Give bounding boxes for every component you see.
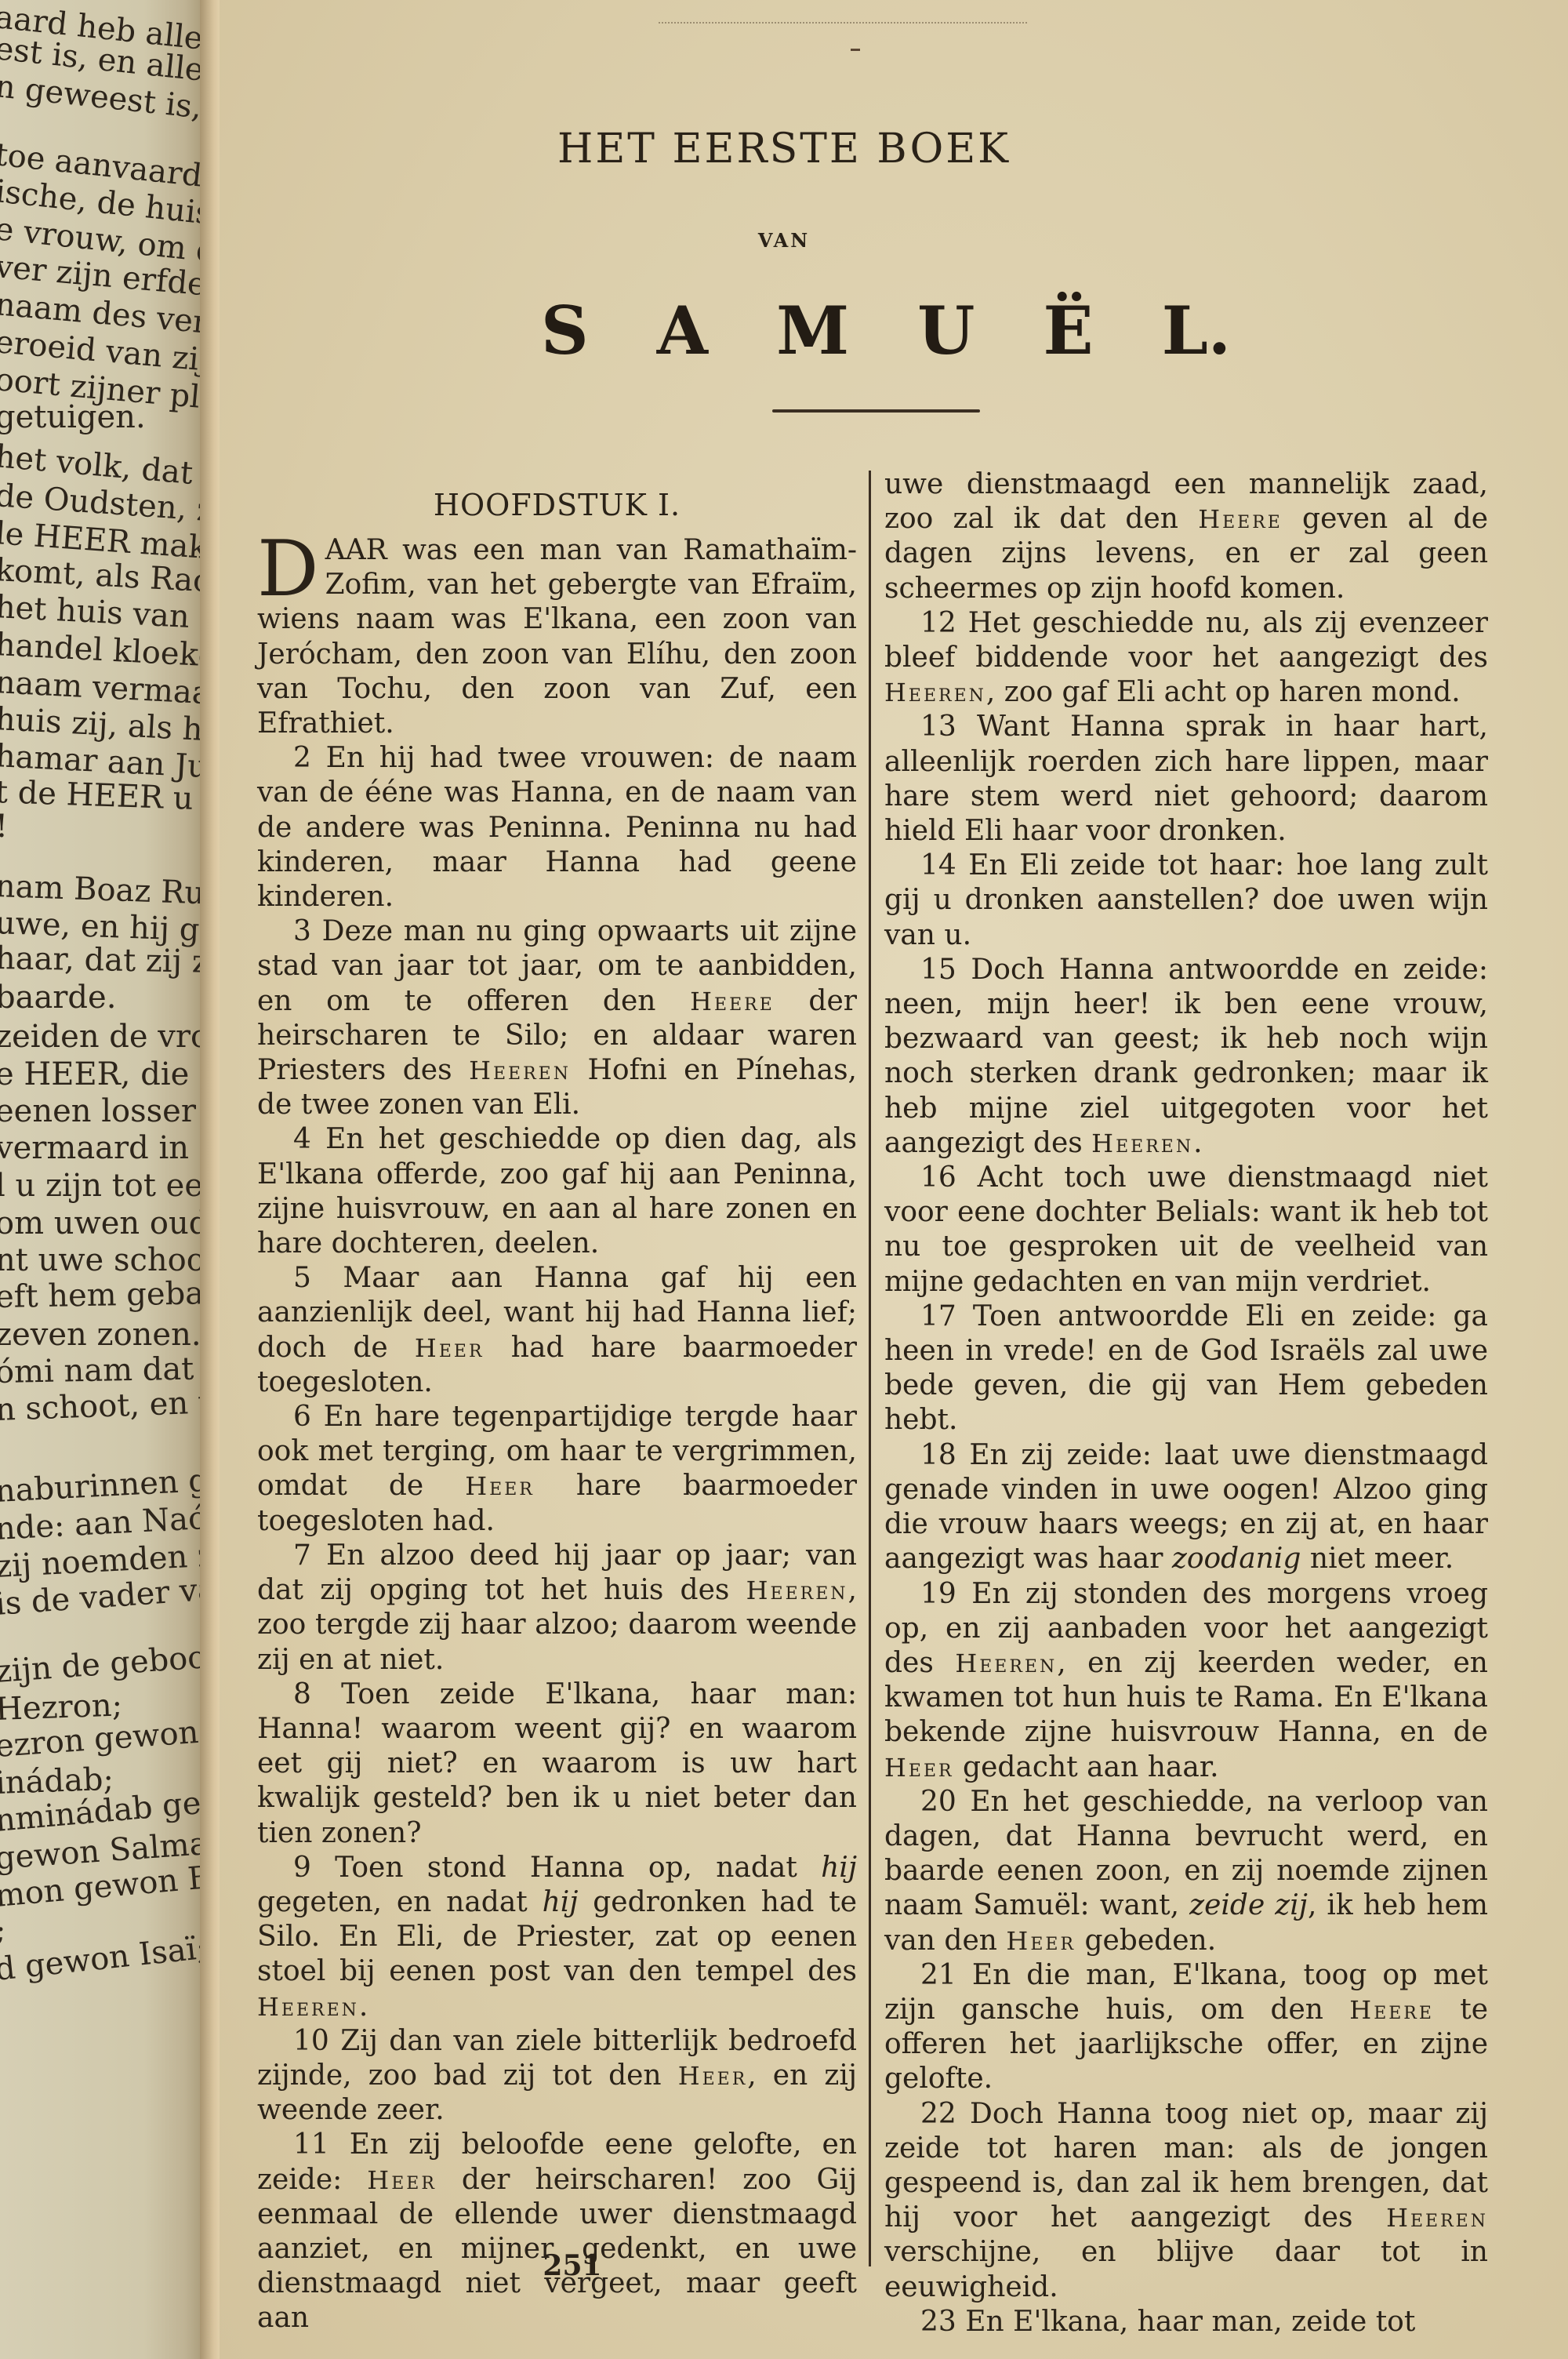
text-column-right: uwe dienstmaagd een mannelijk zaad, zoo … — [884, 467, 1488, 2339]
verse-number: 8 — [293, 1678, 341, 1710]
page-number: 251 — [0, 2249, 1145, 2282]
verse-text: . — [359, 1990, 368, 2023]
verse: 18 En zij zeide: laat uwe dienstmaagd ge… — [884, 1438, 1488, 1577]
facing-page-line: om uwen ouderdom te — [0, 1206, 205, 1241]
facing-page-line: getuigen. — [0, 400, 146, 434]
title-letter: M — [776, 292, 849, 369]
verse-number: 9 — [293, 1852, 335, 1884]
text-column-left: DAAR was een man van Ramathaïm-Zofim, va… — [257, 533, 857, 2336]
verse-text: . — [1193, 1127, 1202, 1159]
verse-number: 4 — [293, 1123, 325, 1155]
verse-number: 13 — [920, 711, 977, 743]
verse-number: 18 — [920, 1439, 969, 1471]
divine-name: Heere — [1198, 504, 1283, 534]
verse: 7 En alzoo deed hij jaar op jaar; van da… — [257, 1539, 857, 1677]
verse-number: 19 — [920, 1578, 971, 1610]
divine-name: Heer — [415, 1333, 485, 1363]
verse-text: , zoo gaf Eli acht op haren mond. — [986, 676, 1461, 708]
verse-number: 15 — [920, 954, 971, 986]
facing-page: aard heb alles, wat vaest is, en alles, … — [0, 0, 205, 2359]
verse: 4 En het geschiedde op dien dag, als E'l… — [257, 1122, 857, 1261]
verse: 11 En zij beloofde eene gelofte, en zeid… — [257, 2128, 857, 2335]
divine-name: Heer — [465, 1471, 535, 1501]
facing-page-line: ! — [0, 809, 8, 844]
divine-name: Heere — [690, 987, 775, 1016]
divine-name: Heeren — [746, 1576, 848, 1605]
verse-number: 5 — [293, 1262, 343, 1294]
facing-page-line: d gewon Isaï; en Isaï — [0, 1918, 205, 1987]
verse: 13 Want Hanna sprak in haar hart, alleen… — [884, 710, 1488, 849]
verse: 12 Het geschiedde nu, als zij evenzeer b… — [884, 606, 1488, 711]
facing-page-line: t de HEER u geven zal — [0, 775, 205, 822]
verse: 3 Deze man nu ging opwaarts uit zijne st… — [257, 914, 857, 1122]
verse: 10 Zij dan van ziele bitterlijk bedroefd… — [257, 2024, 857, 2128]
verse-number: 12 — [920, 607, 968, 639]
verse: 14 En Eli zeide tot haar: hoe lang zult … — [884, 849, 1488, 953]
facing-page-line: vermaard in Israël! — [0, 1131, 205, 1165]
title-letter: S — [541, 292, 589, 369]
verse-number: 3 — [293, 915, 322, 947]
verse-text: Het geschiedde nu, als zij evenzeer blee… — [884, 607, 1488, 674]
verse-text: En Eli zeide tot haar: hoe lang zult gij… — [884, 849, 1488, 951]
show-through-mark — [659, 6, 1027, 24]
verse-number: 6 — [293, 1401, 324, 1433]
facing-page-line: nt uwe schoondochter — [0, 1243, 205, 1278]
italic-supplied-word: zoodanig — [1172, 1543, 1301, 1575]
facing-page-line: eenen losser te geven; — [0, 1094, 205, 1129]
verse-text: Toen antwoordde Eli en zeide: ga heen in… — [884, 1300, 1488, 1437]
divine-name: Heer — [884, 1753, 954, 1783]
verse: 5 Maar aan Hanna gaf hij een aanzienlijk… — [257, 1261, 857, 1400]
divine-name: Heeren — [955, 1648, 1057, 1678]
italic-supplied-word: hij — [543, 1886, 579, 1918]
facing-page-line: zeiden de vrouwen tot — [0, 1020, 205, 1054]
book-title: S A M U Ë L. — [541, 292, 1231, 369]
drop-cap: D — [257, 538, 319, 601]
book-pre-title: HET EERSTE BOEK — [0, 125, 1568, 173]
divine-name: Heeren — [257, 1992, 359, 2022]
verse-text: gegeten, en nadat — [257, 1886, 543, 1918]
facing-page-line: e HEER, die niet heeft — [0, 1057, 205, 1092]
verse: 15 Doch Hanna antwoordde en zeide: neen,… — [884, 953, 1488, 1161]
verse: 23 En E'lkana, haar man, zeide tot — [884, 2305, 1488, 2339]
verse-text: niet meer. — [1301, 1543, 1454, 1575]
facing-page-line: ómi nam dat kind, en — [0, 1350, 205, 1390]
chapter-heading: HOOFDSTUK I. — [257, 488, 857, 522]
verse-text: En E'lkana, haar man, zeide tot — [965, 2306, 1415, 2338]
divine-name: Heeren — [1091, 1129, 1193, 1158]
verse-number: 22 — [920, 2098, 970, 2130]
facing-page-line: l u zijn tot eenen ver — [0, 1169, 205, 1203]
verse-number: 20 — [920, 1786, 970, 1818]
verse: uwe dienstmaagd een mannelijk zaad, zoo … — [884, 467, 1488, 606]
verse-number: 7 — [293, 1539, 326, 1572]
verse: 21 En die man, E'lkana, toog op met zijn… — [884, 1958, 1488, 2097]
verse-number: 14 — [920, 849, 968, 881]
book-van: VAN — [0, 229, 1568, 252]
divine-name: Heeren — [884, 678, 986, 707]
verse-number: 11 — [293, 2128, 350, 2161]
verse: 8 Toen zeide E'lkana, haar man: Hanna! w… — [257, 1677, 857, 1851]
facing-page-line: zeven zonen. — [0, 1318, 201, 1352]
divine-name: Heeren — [469, 1056, 571, 1085]
verse: 2 En hij had twee vrouwen: de naam van d… — [257, 741, 857, 914]
title-letter: U — [917, 292, 975, 369]
verse-text: En hij had twee vrouwen: de naam van de … — [257, 742, 857, 913]
divine-name: Heer — [367, 2165, 437, 2195]
verse: 19 En zij stonden des morgens vroeg op, … — [884, 1577, 1488, 1785]
ornament-dash — [851, 49, 860, 51]
italic-supplied-word: zeide zij — [1189, 1889, 1308, 1921]
facing-page-line: naburinnen gaven nem — [0, 1456, 205, 1509]
verse: 20 En het geschiedde, na verloop van dag… — [884, 1785, 1488, 1958]
italic-supplied-word: hij — [821, 1852, 857, 1884]
verse-number: 21 — [920, 1959, 972, 1991]
verse-text: Toen stond Hanna op, nadat — [335, 1852, 821, 1884]
divine-name: Heere — [1349, 1995, 1434, 2025]
title-letter: L. — [1162, 292, 1231, 369]
verse: 6 En hare tegenpartijdige tergde haar oo… — [257, 1400, 857, 1539]
verse-number: 10 — [293, 2025, 340, 2057]
verse-text: gedacht aan haar. — [954, 1751, 1219, 1783]
verse-text: gebeden. — [1076, 1925, 1216, 1957]
title-letter: A — [657, 292, 708, 369]
column-divider — [869, 471, 871, 2266]
title-letter: Ë — [1044, 292, 1094, 369]
divine-name: Heer — [1006, 1926, 1076, 1956]
divine-name: Heer — [678, 2061, 748, 2091]
verse: 17 Toen antwoordde Eli en zeide: ga heen… — [884, 1299, 1488, 1438]
facing-page-line: zijn de geboorten van — [0, 1630, 205, 1689]
verse-number: 17 — [920, 1300, 973, 1332]
verse: 9 Toen stond Hanna op, nadat hij gegeten… — [257, 1851, 857, 2024]
verse-number: 2 — [293, 742, 326, 774]
facing-page-line: ; — [0, 1914, 5, 1948]
facing-page-line: haar, dat zij zwanger w — [0, 941, 205, 982]
verse-text: AAR was een man van Ramathaïm-Zofim, van… — [257, 534, 857, 740]
divine-name: Heeren — [1386, 2203, 1488, 2233]
verse: DAAR was een man van Ramathaïm-Zofim, va… — [257, 533, 857, 741]
verse-number: 16 — [920, 1161, 978, 1194]
verse-number: 23 — [920, 2306, 965, 2338]
facing-page-line: baarde. — [0, 980, 116, 1015]
verse-text: En het geschiedde op dien dag, als E'lka… — [257, 1123, 857, 1259]
verse-text: Toen zeide E'lkana, haar man: Hanna! waa… — [257, 1678, 857, 1849]
verse: 16 Acht toch uwe dienstmaagd niet voor e… — [884, 1161, 1488, 1299]
title-rule — [772, 409, 980, 413]
facing-page-line: eft hem gebaard, die — [0, 1274, 205, 1314]
